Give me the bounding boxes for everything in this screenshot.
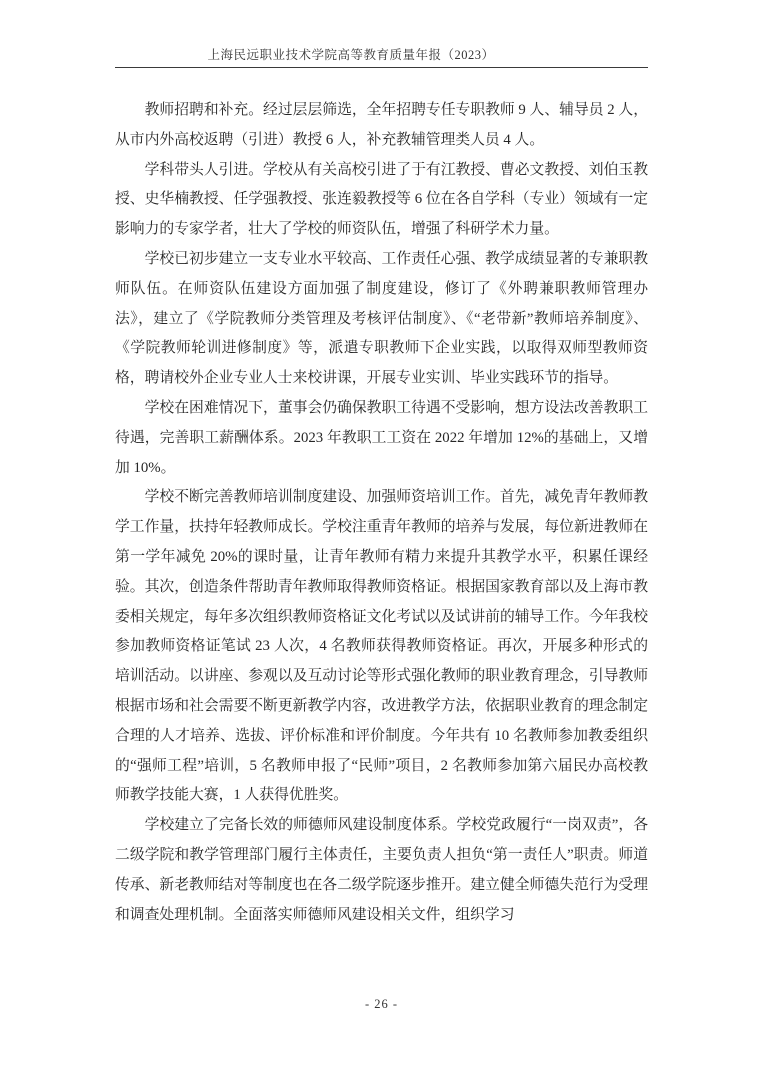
paragraph-faculty-team-building: 学校已初步建立一支专业水平较高、工作责任心强、教学成绩显著的专兼职教师队伍。在师… [115, 245, 648, 394]
paragraph-discipline-leaders: 学科带头人引进。学校从有关高校引进了于有江教授、曹必文教授、刘伯玉教授、史华楠教… [115, 156, 648, 245]
paragraph-teacher-training: 学校不断完善教师培训制度建设、加强师资培训工作。首先，减免青年教师教学工作量，扶… [115, 483, 648, 811]
page-header: 上海民远职业技术学院高等教育质量年报（2023） [115, 45, 648, 68]
page-number: - 26 - [115, 997, 648, 1012]
document-body: 教师招聘和补充。经过层层筛选，全年招聘专任专职教师 9 人、辅导员 2 人，从市… [115, 96, 648, 930]
paragraph-staff-salary: 学校在困难情况下，董事会仍确保教职工待遇不受影响，想方设法改善教职工待遇，完善职… [115, 394, 648, 483]
document-viewport: { "header": { "title": "上海民远职业技术学院高等教育质量… [0, 0, 763, 1080]
document-page: 上海民远职业技术学院高等教育质量年报（2023） 教师招聘和补充。经过层层筛选，… [0, 0, 763, 1080]
header-title: 上海民远职业技术学院高等教育质量年报（2023） [115, 45, 648, 65]
paragraph-teacher-ethics: 学校建立了完备长效的师德师风建设制度体系。学校党政履行“一岗双责”，各二级学院和… [115, 811, 648, 930]
paragraph-teacher-recruitment: 教师招聘和补充。经过层层筛选，全年招聘专任专职教师 9 人、辅导员 2 人，从市… [115, 96, 648, 156]
